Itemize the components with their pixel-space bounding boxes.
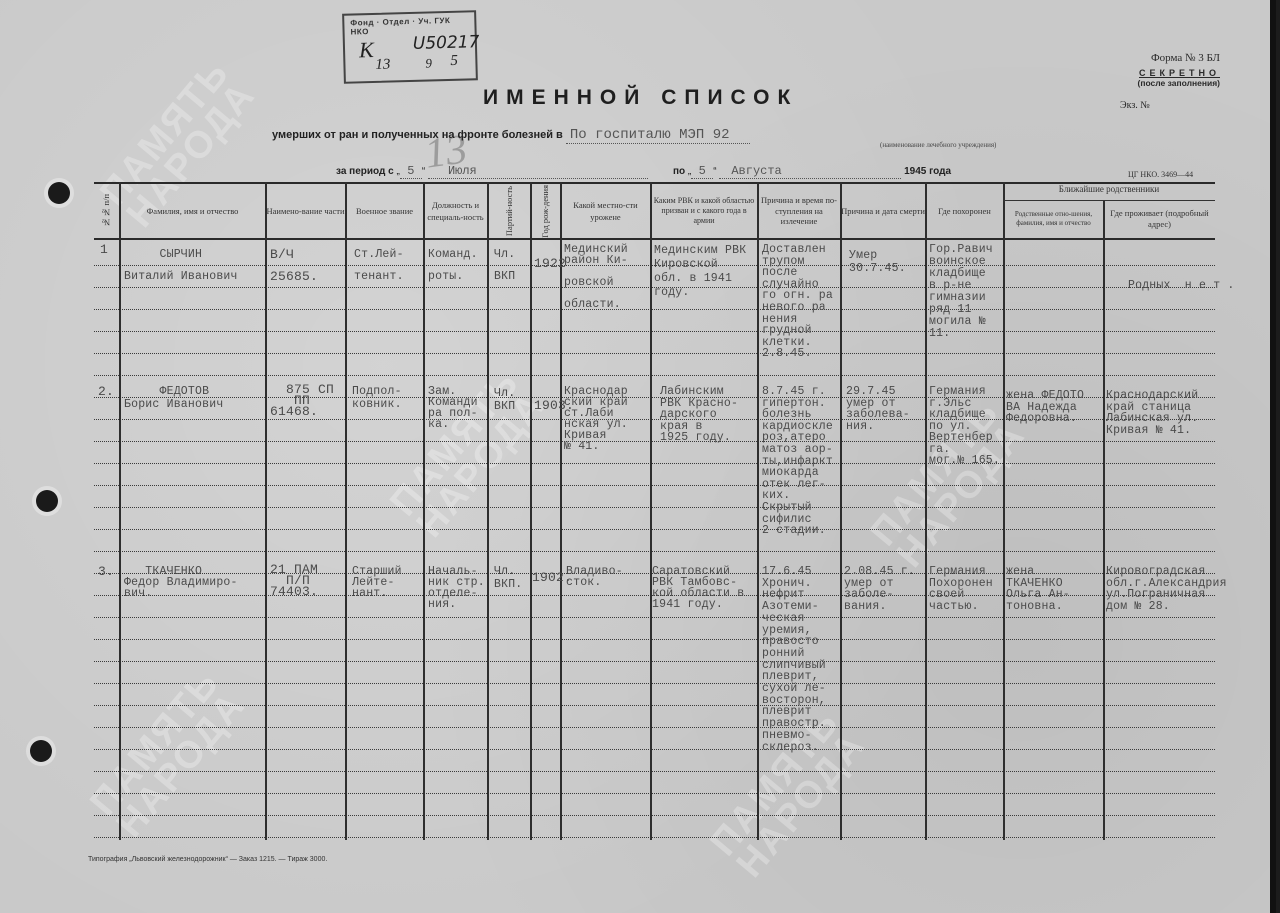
row-party: Чл. ВКП (494, 388, 515, 413)
row-relative: жена ФЕДОТО ВА Надежда Федоровна. (1006, 390, 1084, 425)
column-divider (530, 182, 532, 840)
copy-number: Экз. № (1110, 100, 1220, 111)
header-relative: Родственные отно-шения, фамилия, имя и о… (1004, 200, 1103, 238)
column-divider (840, 182, 842, 840)
header-relatives-group: Ближайшие родственники (1003, 184, 1215, 201)
header-birthplace: Какой местно-сти урожене (561, 184, 650, 238)
header-name: Фамилия, имя и отчество (120, 184, 265, 238)
column-divider (265, 182, 267, 840)
header-birth-year: Год рож-дения (531, 184, 560, 238)
document-sheet: ПАМЯТЬНАРОДА ПАМЯТЬНАРОДА ПАМЯТЬНАРОДА П… (0, 0, 1276, 913)
period-to-label: по (673, 166, 685, 177)
period-to-day: 5 (691, 164, 713, 179)
ruling-line (94, 639, 1215, 640)
institution-note: (наименование лечебного учреждения) (880, 141, 996, 149)
ruling-line (94, 837, 1215, 838)
row-death: 29.7.45 умер от заболева- ния. (846, 386, 910, 432)
ruling-line (94, 375, 1215, 376)
row-admission: 8.7.45 г. гипертон. болезнь кардиоскле р… (762, 386, 833, 537)
column-divider (1103, 200, 1105, 840)
stamp-archive-number: U50217 (413, 32, 480, 54)
header-rvk: Каким РВК и какой областью призван и с к… (651, 184, 757, 238)
ruling-line (94, 617, 1215, 618)
header-admission: Причина и время по-ступления на излечени… (758, 184, 840, 238)
row-birthplace: Мединский район Ки- ровской области. (564, 244, 628, 310)
classification-note: (после заполнения) (1110, 78, 1220, 88)
row-rank: Старший Лейте- нант. (352, 566, 402, 599)
row-address: Кировоградская обл.г.Александрия ул.Погр… (1106, 566, 1227, 612)
ruling-line (94, 463, 1215, 464)
column-divider (119, 182, 121, 840)
header-number: №№ п/п (94, 184, 119, 238)
row-number: 1 (100, 244, 108, 257)
row-relative: Родных н е т . (1128, 280, 1235, 293)
row-death: Умер 30.7.45. (849, 250, 906, 275)
row-birthplace: Владиво- сток. (566, 566, 623, 588)
row-unit: В/Ч 25685. (270, 244, 318, 288)
scan-edge (1270, 0, 1276, 913)
header-bottom-border (94, 238, 1215, 240)
printer-footer: Типография „Львовский железнодорожник“ —… (88, 856, 327, 863)
row-unit: 875 СП ПП 61468. (270, 384, 334, 417)
header-party: Партий-ность (488, 184, 530, 238)
period-from-label: за период с (336, 166, 394, 177)
ruling-line (94, 705, 1215, 706)
punch-hole (48, 182, 70, 204)
row-unit: 21 ПАМ П/П 74403. (270, 564, 318, 597)
ruling-line (94, 331, 1215, 332)
row-address: Краснодарский край станица Лабинская ул.… (1106, 390, 1198, 436)
ruling-line (94, 309, 1215, 310)
row-number: 2. (98, 386, 114, 399)
column-divider (487, 182, 489, 840)
ruling-line (94, 793, 1215, 794)
header-burial: Где похоронен (926, 184, 1003, 238)
row-rvk: Мединским РВК Кировской обл. в 1941 году… (654, 244, 746, 300)
row-position: Зам. Команди ра пол- ка. (428, 386, 478, 430)
row-burial: Гор.Равич воинское кладбище в р-не гимна… (929, 244, 993, 340)
stamp-value: 9 (425, 55, 432, 71)
ruling-line (94, 529, 1215, 530)
header-death: Причина и дата смерти (841, 184, 925, 238)
row-party: Чл. ВКП. (494, 566, 522, 591)
row-rank: Подпол- ковник. (352, 386, 402, 411)
row-birth-year: 1922 (534, 258, 566, 271)
ruling-line (94, 661, 1215, 662)
row-name: СЫРЧИН Виталий Иванович (124, 244, 238, 288)
row-admission: 17.6.45 Хронич. нефрит Азотеми- ческая у… (762, 566, 826, 753)
row-rvk: Саратовский РВК Тамбовс- кой области в 1… (652, 566, 744, 610)
period-from-day: 5 (400, 164, 422, 179)
ruling-line (94, 815, 1215, 816)
row-death: 2.08.45 г. умер от заболе- вания. (844, 566, 915, 612)
column-divider (1003, 182, 1005, 840)
row-name: ТКАЧЕНКО Федор Владимиро- вич. (124, 566, 238, 599)
document-title: ИМЕННОЙ СПИСОК (483, 86, 798, 110)
period-from-month: Июля (428, 164, 648, 179)
header-position: Должность и специаль-ность (424, 184, 487, 238)
form-info: Форма № 3 БЛ СЕКРЕТНО (после заполнения)… (1110, 52, 1220, 111)
ruling-line (94, 551, 1215, 552)
ruling-line (94, 353, 1215, 354)
column-divider (757, 182, 759, 840)
row-position: Команд. роты. (428, 244, 478, 288)
row-birthplace: Краснодар ский край ст.Лаби нская ул. Кр… (564, 386, 628, 452)
period-to-month: Августа (719, 164, 901, 179)
ruling-line (94, 485, 1215, 486)
period-line: за период с „5“ Июля по „5“ Августа 1945… (336, 164, 951, 179)
row-number: 3. (98, 566, 114, 579)
form-number: Форма № 3 БЛ (1110, 52, 1220, 64)
name-list-table: №№ п/п Фамилия, имя и отчество Наимено-в… (94, 182, 1215, 840)
ruling-line (94, 771, 1215, 772)
ruling-line (94, 727, 1215, 728)
row-name: ФЕДОТОВ Борис Иванович (124, 386, 223, 411)
punch-hole (30, 740, 52, 762)
row-party: Чл. ВКП (494, 244, 515, 288)
period-year: 1945 года (904, 166, 951, 177)
subtitle: умерших от ран и полученных на фронте бо… (272, 127, 750, 143)
ruling-line (94, 507, 1215, 508)
ruling-line (94, 749, 1215, 750)
column-divider (345, 182, 347, 840)
header-unit: Наимено-вание части (266, 184, 345, 238)
row-burial: Германия г.Эльс кладбище по ул. Вертенбе… (929, 386, 1000, 467)
row-rvk: Лабинским РВК Красно- дарского края в 19… (660, 386, 738, 444)
subtitle-prefix: умерших от ран и полученных на фронте бо… (272, 129, 563, 141)
stamp-value: 13 (375, 57, 390, 74)
row-relative: жена ТКАЧЕНКО Ольга Ан- тоновна. (1006, 566, 1070, 612)
column-divider (925, 182, 927, 840)
row-admission: Доставлен трупом после случайно го огн. … (762, 244, 833, 360)
archive-stamp: Фонд · Отдел · Уч. ГУК НКО К U50217 13 9… (342, 10, 478, 83)
column-divider (650, 182, 652, 840)
classification: СЕКРЕТНО (1110, 68, 1220, 78)
header-address: Где проживает (подробный адрес) (1104, 200, 1215, 238)
ruling-line (94, 441, 1215, 442)
row-burial: Германия Похоронен своей частью. (929, 566, 993, 612)
ruling-line (94, 683, 1215, 684)
header-rank: Военное звание (346, 184, 423, 238)
form-code: ЦГ НКО. 3469—44 (1128, 170, 1193, 179)
stamp-value: 5 (450, 53, 458, 70)
row-rank: Ст.Лей- тенант. (354, 244, 404, 288)
row-position: Началь- ник стр. отделе- ния. (428, 566, 485, 610)
column-divider (423, 182, 425, 840)
punch-hole (36, 490, 58, 512)
institution-name: По госпиталю МЭП 92 (566, 127, 750, 144)
column-divider (560, 182, 562, 840)
stamp-k: К (359, 37, 374, 63)
